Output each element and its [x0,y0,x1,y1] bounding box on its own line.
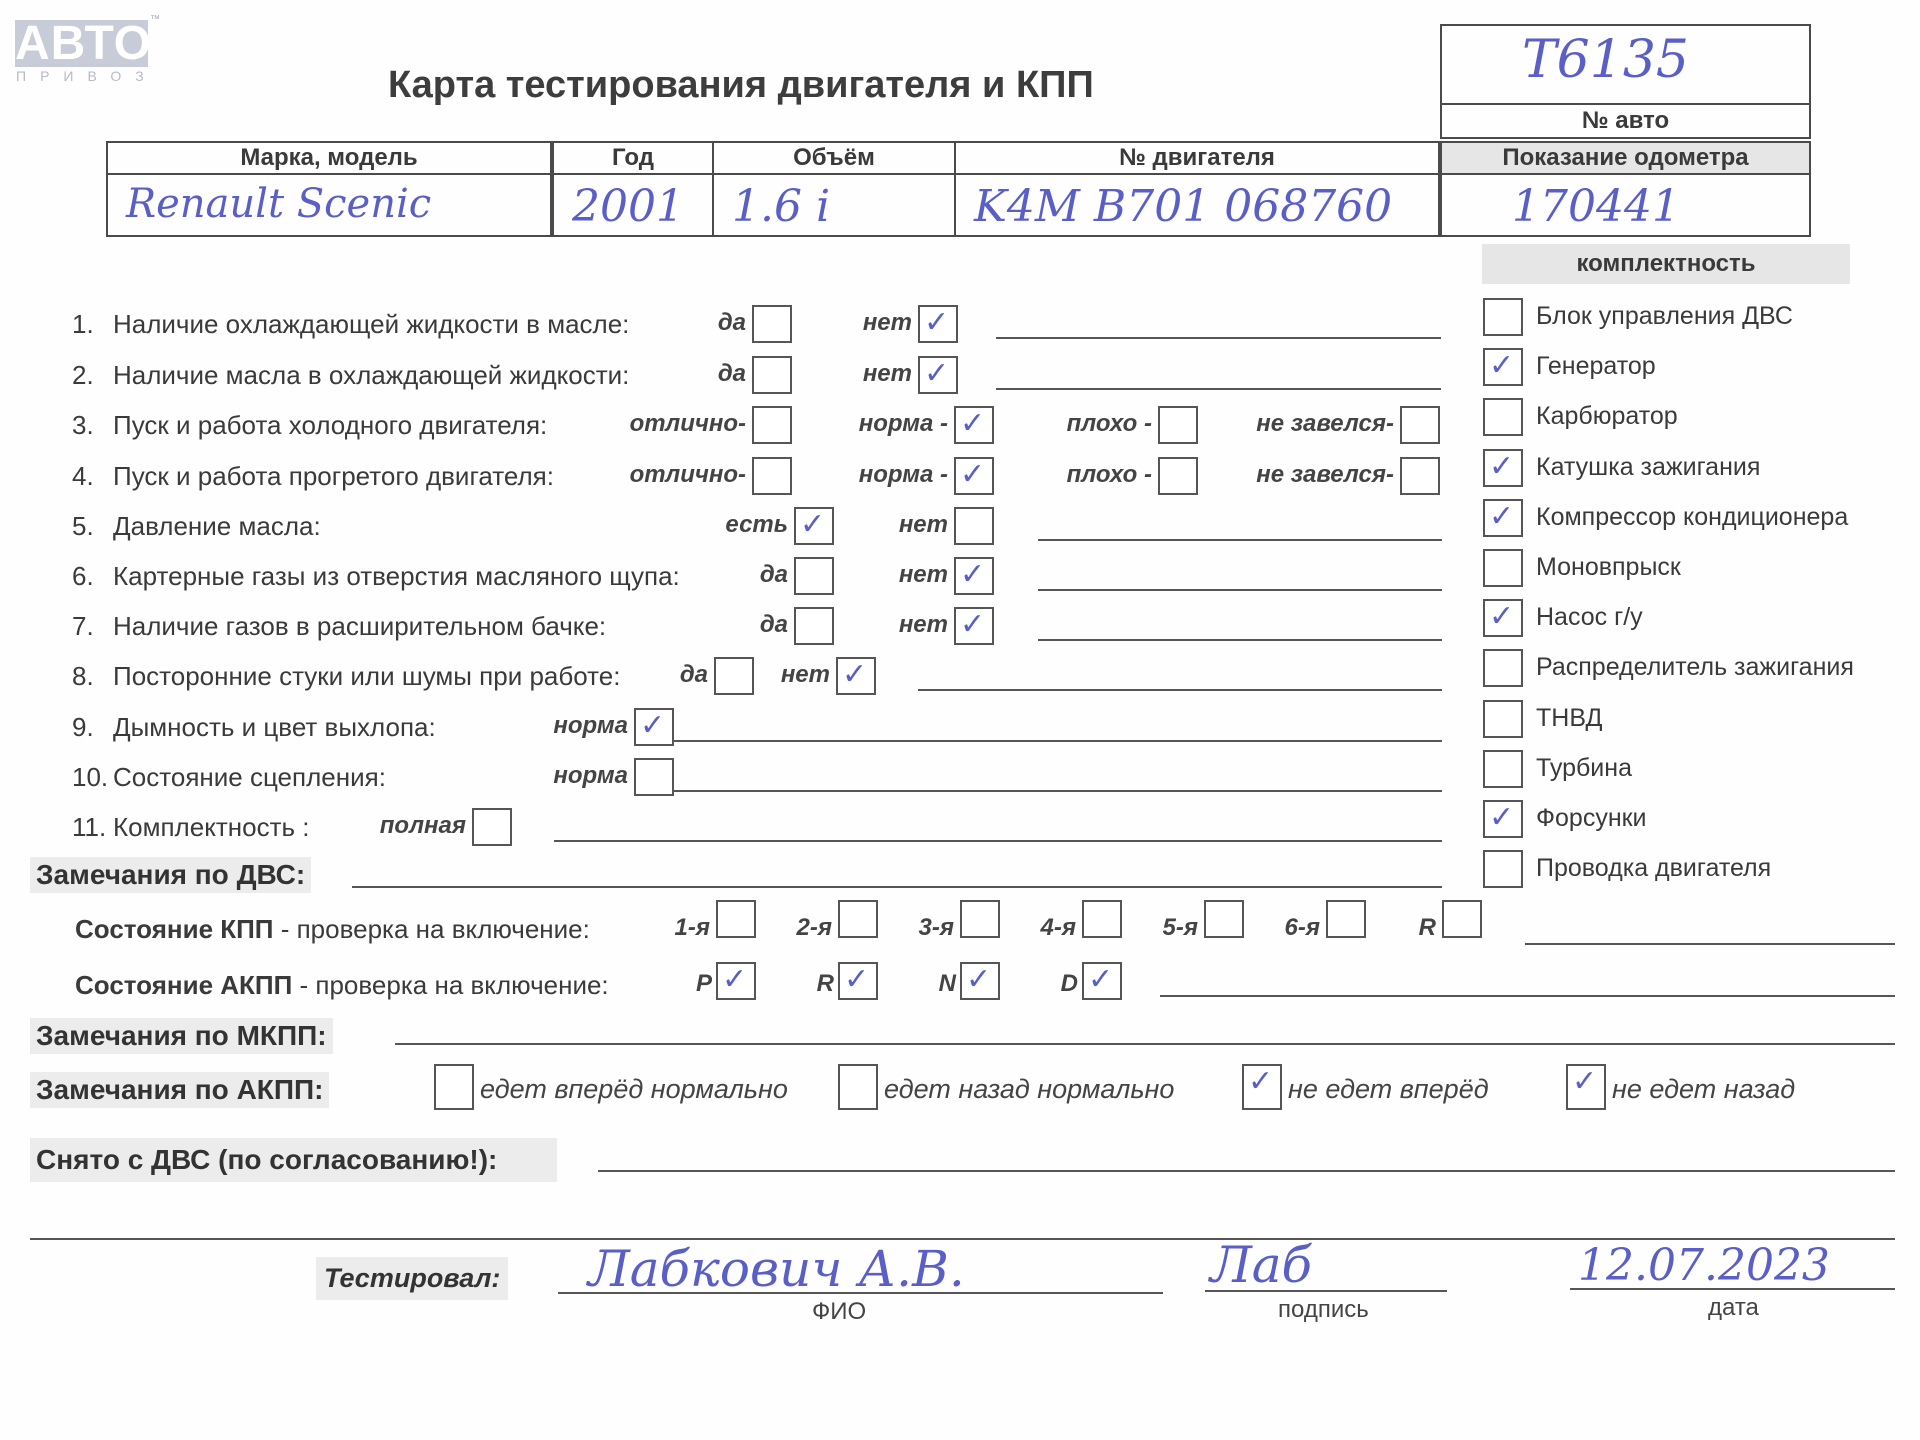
kit-item-label: Проводка двигателя [1536,854,1771,883]
option-checkbox[interactable] [752,406,792,444]
gear-checkbox[interactable] [1082,900,1122,938]
option-checkbox[interactable] [752,457,792,495]
auto-remark-label: едет назад нормально [884,1074,1174,1105]
question-number: 11. [72,812,106,843]
check-mark-icon: ✓ [960,406,985,441]
check-mark-icon: ✓ [1088,962,1113,997]
option-checkbox[interactable]: ✓ [918,356,958,394]
gear-checkbox[interactable]: ✓ [960,962,1000,1000]
auto-remark-label: едет вперёд нормально [480,1074,788,1105]
gear-label: R [1419,914,1436,942]
notes-line[interactable] [996,388,1441,390]
option-label: норма - [859,461,948,489]
gear-checkbox[interactable] [838,900,878,938]
option-checkbox[interactable] [472,808,512,846]
question-text: Давление масла: [113,511,321,542]
option-label: да [718,309,746,337]
auto-remark-checkbox[interactable] [434,1064,474,1110]
kit-item-label: Моновпрыск [1536,553,1681,582]
option-label: нет [899,611,948,639]
remarks-engine-field[interactable] [352,886,1442,888]
option-label: нет [899,511,948,539]
question-number: 6. [72,561,94,592]
option-label: нет [863,309,912,337]
notes-line[interactable] [674,740,1442,742]
option-checkbox[interactable] [752,356,792,394]
auto-remark-checkbox[interactable] [838,1064,878,1110]
kit-item-label: Блок управления ДВС [1536,302,1793,331]
kit-item-label: Турбина [1536,754,1632,783]
gear-label: 5-я [1163,914,1198,942]
check-mark-icon: ✓ [800,507,825,542]
column-value-cell: K4M B701 068760 [954,173,1440,237]
option-label: не завелся- [1256,461,1394,489]
column-header: Показание одометра [1440,141,1811,175]
option-label: норма - [859,410,948,438]
column-value-cell: 1.6 i [712,173,956,237]
option-checkbox[interactable]: ✓ [954,457,994,495]
notes-line[interactable] [918,689,1442,691]
question-text: Состояние сцепления: [113,762,386,793]
signature-line [1205,1290,1447,1292]
kit-item-label: Катушка зажигания [1536,453,1760,482]
question-number: 3. [72,410,94,441]
auto-remark-label: не едет назад [1612,1074,1795,1105]
question-text: Дымность и цвет выхлопа: [113,712,436,743]
column-header: Объём [712,141,956,175]
option-label: нет [781,661,830,689]
remarks-manual-label: Замечания по МКПП: [30,1018,333,1054]
gear-checkbox[interactable] [716,900,756,938]
auto-remark-checkbox[interactable]: ✓ [1242,1064,1282,1110]
auto-remark-checkbox[interactable]: ✓ [1566,1064,1606,1110]
kit-item-label: Компрессор кондиционера [1536,503,1848,532]
option-label: полная [380,812,466,840]
car-number-cell: Т6135 [1440,24,1811,105]
question-text: Наличие газов в расширительном бачке: [113,611,606,642]
notes-line[interactable] [996,337,1441,339]
question-number: 5. [72,511,94,542]
option-label: да [680,661,708,689]
column-value[interactable]: 2001 [572,181,684,232]
option-label: да [718,360,746,388]
column-header: № двигателя [954,141,1440,175]
check-mark-icon: ✓ [1572,1064,1597,1099]
check-mark-icon: ✓ [1489,800,1514,835]
gear-checkbox[interactable] [1442,900,1482,938]
remarks-auto-label: Замечания по АКПП: [30,1072,329,1108]
kit-item-label: Насос г/у [1536,603,1643,632]
check-mark-icon: ✓ [1489,599,1514,634]
kit-checkbox[interactable]: ✓ [1483,800,1523,838]
question-number: 8. [72,661,94,692]
gear-checkbox[interactable] [960,900,1000,938]
auto-gearbox-notes[interactable] [1160,995,1895,997]
remarks-engine-label: Замечания по ДВС: [30,857,311,893]
question-number: 1. [72,309,94,340]
question-number: 4. [72,461,94,492]
check-mark-icon: ✓ [844,962,869,997]
option-label: отлично- [630,461,746,489]
gear-checkbox[interactable] [1204,900,1244,938]
option-checkbox[interactable] [954,507,994,545]
check-mark-icon: ✓ [842,657,867,692]
name-line [558,1292,1163,1294]
column-value[interactable]: Renault Scenic [126,181,431,227]
removed-label: Снято с ДВС (по согласованию!): [30,1138,557,1182]
question-text: Картерные газы из отверстия масляного щу… [113,561,680,592]
option-checkbox[interactable] [794,607,834,645]
option-label: плохо - [1067,410,1152,438]
gear-label: R [817,970,834,998]
manual-gearbox-label: Состояние КПП - проверка на включение: [75,914,590,945]
option-label: норма [553,712,628,740]
option-checkbox[interactable]: ✓ [954,406,994,444]
question-text: Пуск и работа прогретого двигателя: [113,461,554,492]
column-value[interactable]: 170441 [1512,181,1680,232]
kit-title: комплектность [1482,244,1850,284]
check-mark-icon: ✓ [960,557,985,592]
option-label: да [760,611,788,639]
column-value-cell: 2001 [552,173,714,237]
auto-gearbox-label: Состояние АКПП - проверка на включение: [75,970,609,1001]
option-checkbox[interactable]: ✓ [836,657,876,695]
option-checkbox[interactable] [634,758,674,796]
option-checkbox[interactable]: ✓ [954,557,994,595]
question-number: 2. [72,360,94,391]
kit-checkbox[interactable]: ✓ [1483,499,1523,537]
manual-gearbox-notes[interactable] [1525,943,1895,945]
option-checkbox[interactable]: ✓ [954,607,994,645]
kit-checkbox[interactable] [1483,750,1523,788]
gear-checkbox[interactable]: ✓ [716,962,756,1000]
question-text: Наличие масла в охлаждающей жидкости: [113,360,629,391]
signature[interactable]: Лаб [1210,1236,1312,1294]
kit-item-label: Форсунки [1536,804,1647,833]
gear-checkbox[interactable]: ✓ [1082,962,1122,1000]
check-mark-icon: ✓ [1489,499,1514,534]
question-text: Пуск и работа холодного двигателя: [113,410,547,441]
check-mark-icon: ✓ [640,708,665,743]
column-header: Марка, модель [106,141,552,175]
option-checkbox[interactable]: ✓ [918,305,958,343]
kit-item-label: Карбюратор [1536,402,1678,431]
check-mark-icon: ✓ [1248,1064,1273,1099]
check-mark-icon: ✓ [1489,449,1514,484]
option-checkbox[interactable] [714,657,754,695]
option-checkbox[interactable]: ✓ [634,708,674,746]
gear-label: P [696,970,712,998]
question-text: Наличие охлаждающей жидкости в масле: [113,309,629,340]
notes-line[interactable] [1038,639,1442,641]
gear-checkbox[interactable] [1326,900,1366,938]
question-text: Посторонние стуки или шумы при работе: [113,661,620,692]
gear-label: N [939,970,956,998]
column-value[interactable]: K4M B701 068760 [974,181,1392,232]
column-value[interactable]: 1.6 i [732,181,830,232]
option-checkbox[interactable] [1158,457,1198,495]
date-caption: дата [1708,1294,1759,1322]
kit-checkbox[interactable] [1483,398,1523,436]
signature-caption: подпись [1278,1296,1369,1324]
option-label: отлично- [630,410,746,438]
check-mark-icon: ✓ [1489,348,1514,383]
kit-checkbox[interactable]: ✓ [1483,599,1523,637]
kit-checkbox[interactable] [1483,850,1523,888]
check-mark-icon: ✓ [960,457,985,492]
tested-by-label: Тестировал: [316,1257,508,1300]
question-number: 7. [72,611,94,642]
kit-checkbox[interactable] [1483,549,1523,587]
option-label: да [760,561,788,589]
option-checkbox[interactable] [794,557,834,595]
kit-item-label: Генератор [1536,352,1656,381]
option-checkbox[interactable]: ✓ [794,507,834,545]
logo-tm: ™ [150,14,160,25]
option-checkbox[interactable] [752,305,792,343]
column-header: Год [552,141,714,175]
gear-label: 4-я [1041,914,1076,942]
option-label: нет [899,561,948,589]
date-line [1570,1288,1895,1290]
kit-checkbox[interactable]: ✓ [1483,348,1523,386]
option-checkbox[interactable] [1400,406,1440,444]
gear-label: 1-я [675,914,710,942]
kit-item-label: ТНВД [1536,704,1602,733]
kit-checkbox[interactable] [1483,700,1523,738]
option-label: плохо - [1067,461,1152,489]
column-value-cell: Renault Scenic [106,173,552,237]
notes-line[interactable] [674,790,1442,792]
check-mark-icon: ✓ [924,356,949,391]
gear-checkbox[interactable]: ✓ [838,962,878,1000]
notes-line[interactable] [554,840,1442,842]
page-title: Карта тестирования двигателя и КПП [388,64,1094,107]
notes-line[interactable] [1038,539,1442,541]
question-number: 10. [72,762,108,793]
question-text: Комплектность : [113,812,310,843]
logo: АВТО [15,20,148,67]
gear-label: 3-я [919,914,954,942]
option-label: не завелся- [1256,410,1394,438]
logo-subtitle: ПРИВОЗ [16,68,158,84]
gear-label: 6-я [1285,914,1320,942]
check-mark-icon: ✓ [960,607,985,642]
gear-label: 2-я [797,914,832,942]
column-value-cell: 170441 [1440,173,1811,237]
kit-checkbox[interactable] [1483,298,1523,336]
car-number-label: № авто [1440,103,1811,139]
kit-checkbox[interactable] [1483,649,1523,687]
tester-name[interactable]: Лабкович А.В. [588,1240,965,1298]
kit-checkbox[interactable]: ✓ [1483,449,1523,487]
option-label: есть [725,511,788,539]
removed-field[interactable] [598,1170,1895,1172]
test-date[interactable]: 12.07.2023 [1578,1240,1830,1291]
check-mark-icon: ✓ [924,305,949,340]
notes-line[interactable] [1038,589,1442,591]
remarks-manual-field[interactable] [395,1043,1895,1045]
car-number-value[interactable]: Т6135 [1522,30,1689,90]
name-caption: ФИО [812,1298,866,1326]
gear-label: D [1061,970,1078,998]
kit-item-label: Распределитель зажигания [1536,653,1854,682]
check-mark-icon: ✓ [722,962,747,997]
check-mark-icon: ✓ [966,962,991,997]
option-label: нет [863,360,912,388]
auto-remark-label: не едет вперёд [1288,1074,1489,1105]
option-label: норма [553,762,628,790]
option-checkbox[interactable] [1158,406,1198,444]
option-checkbox[interactable] [1400,457,1440,495]
question-number: 9. [72,712,94,743]
